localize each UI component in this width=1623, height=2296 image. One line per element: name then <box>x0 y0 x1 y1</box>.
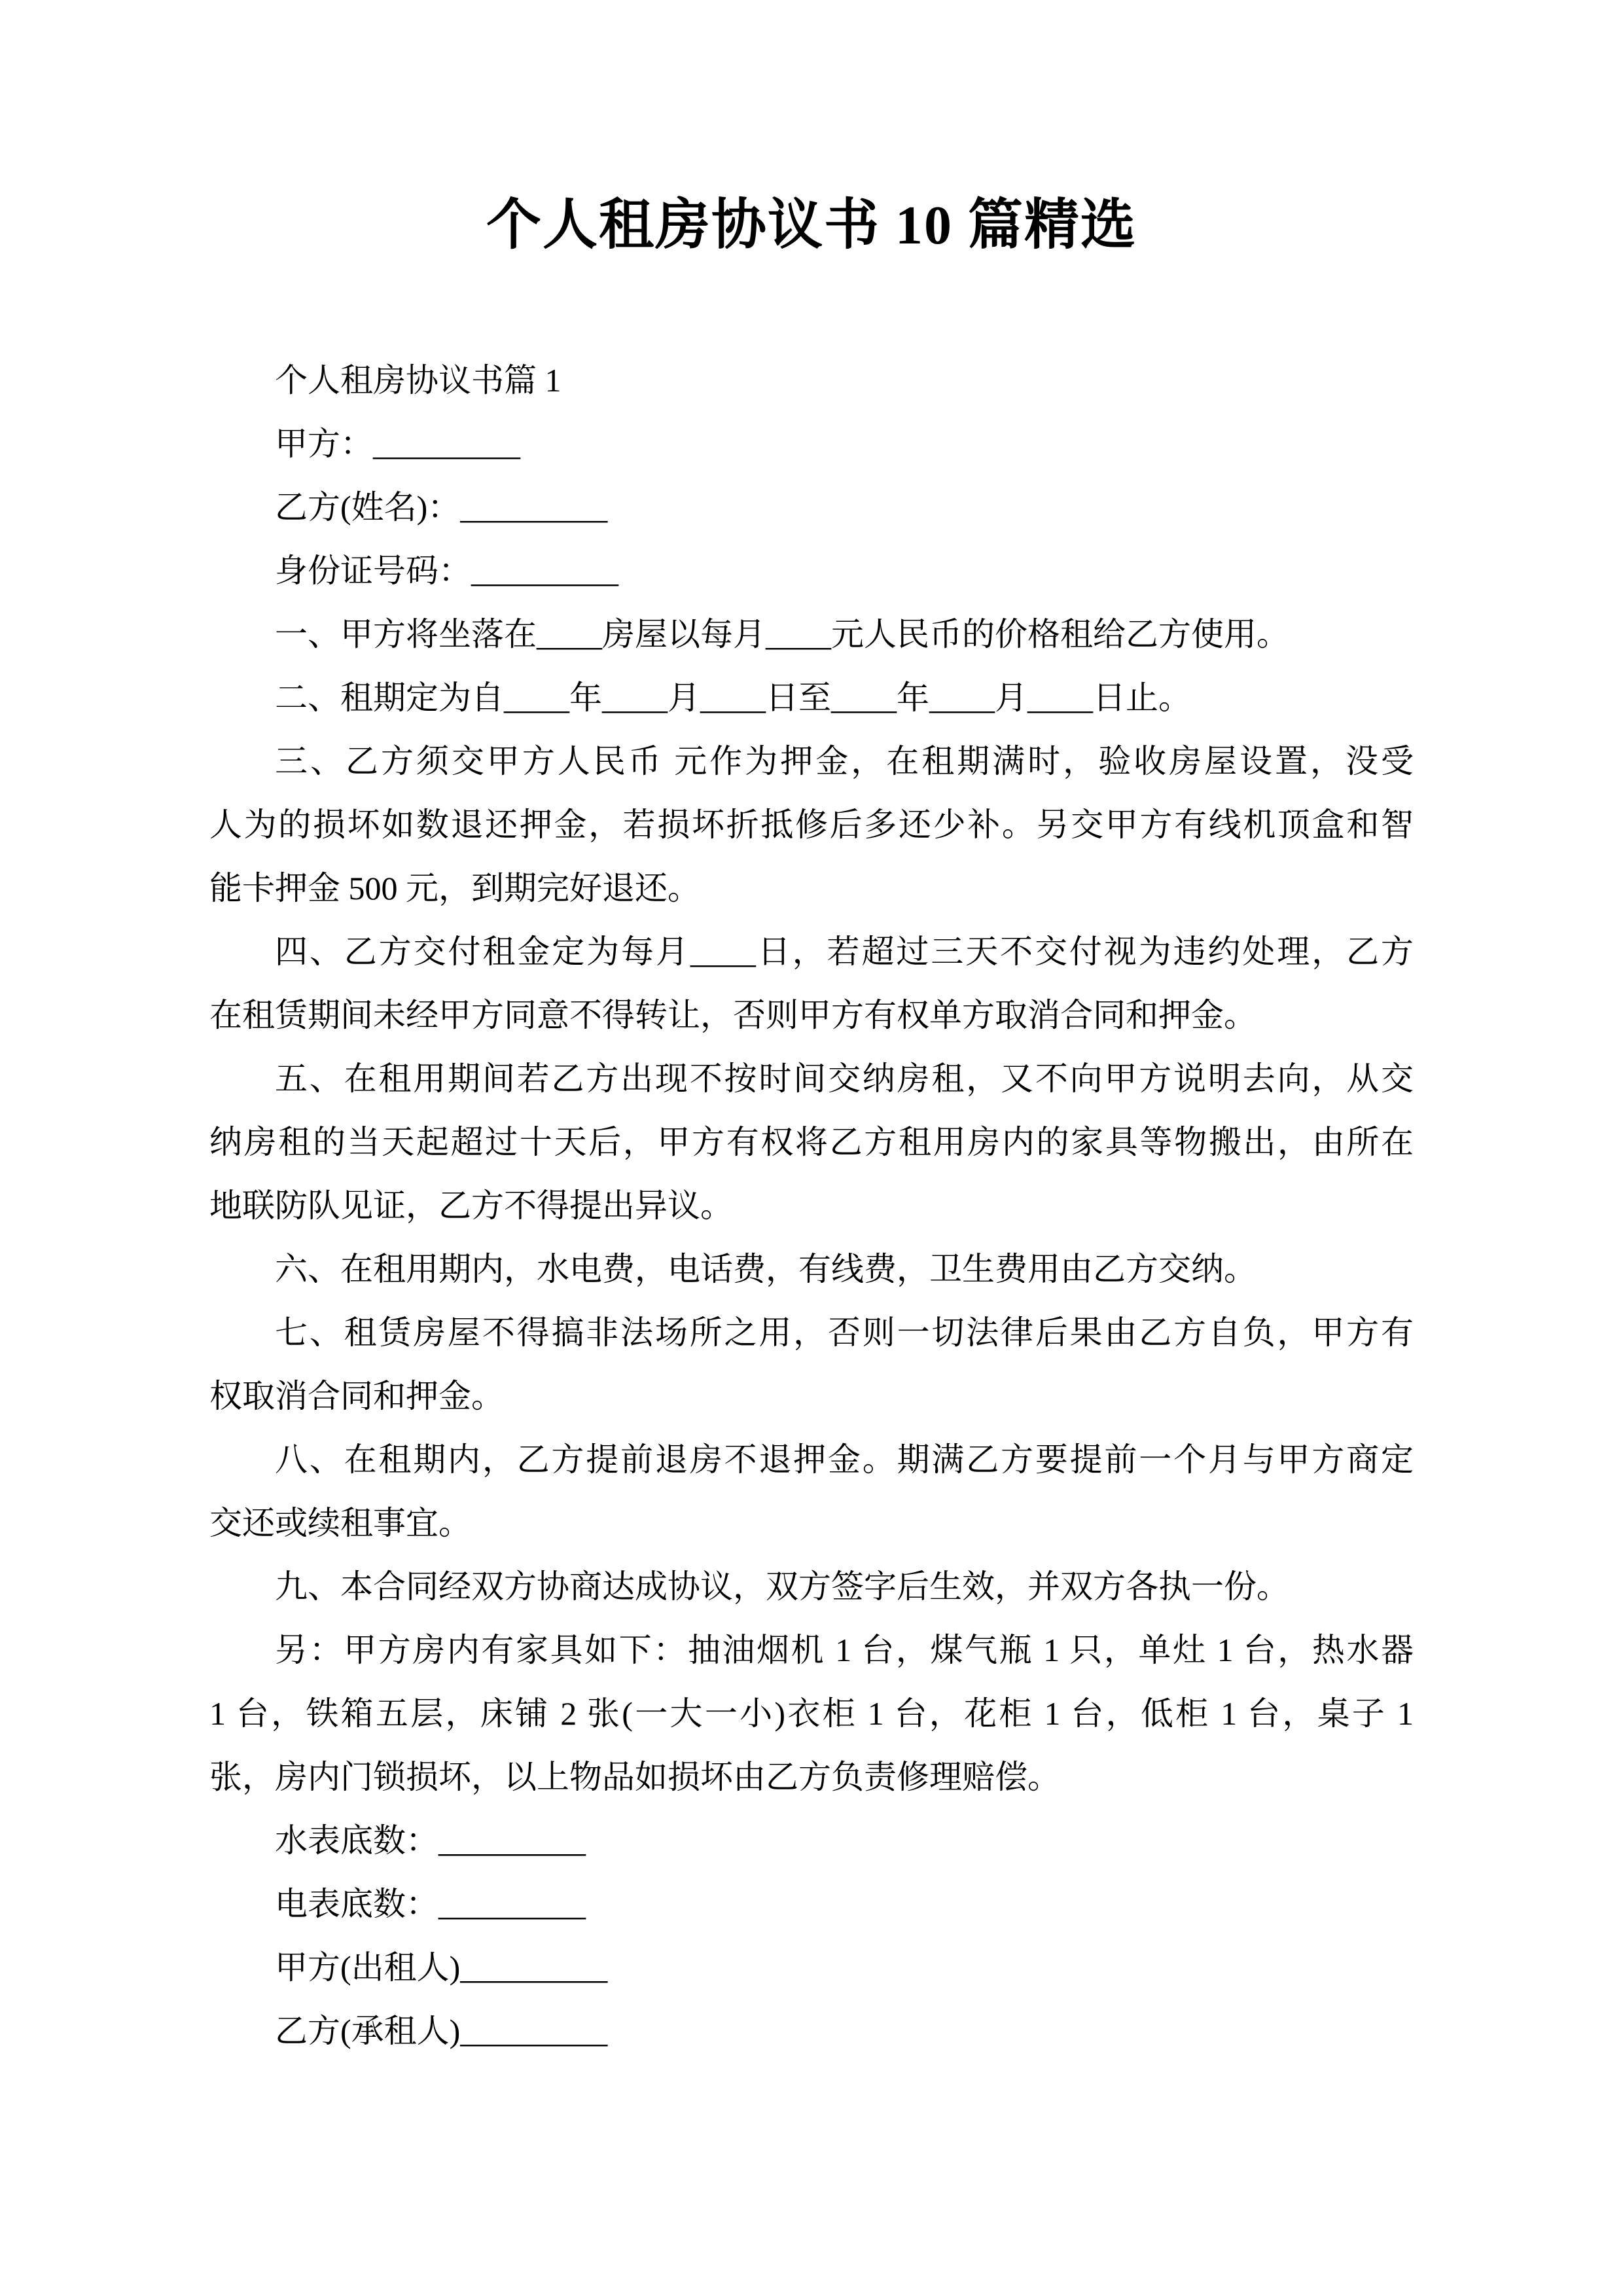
document-title: 个人租房协议书 10 篇精选 <box>0 0 1623 265</box>
document-line: 个人租房协议书篇 1 <box>209 349 1414 412</box>
document-line: 电表底数：_________ <box>209 1873 1414 1936</box>
document-line: 五、在租用期间若乙方出现不按时间交纳房租，又不向甲方说明去向，从交 <box>209 1047 1414 1111</box>
document-line: 1 台，铁箱五层，床铺 2 张(一大一小)衣柜 1 台，花柜 1 台，低柜 1 … <box>209 1682 1414 1746</box>
document-line: 乙方(承租人)_________ <box>209 2000 1414 2063</box>
document-body: 个人租房协议书篇 1甲方：_________乙方(姓名)：_________身份… <box>209 349 1414 2063</box>
document-line: 纳房租的当天起超过十天后，甲方有权将乙方租用房内的家具等物搬出，由所在 <box>209 1111 1414 1174</box>
document-line: 张，房内门锁损坏，以上物品如损坏由乙方负责修理赔偿。 <box>209 1746 1414 1809</box>
document-page: 个人租房协议书 10 篇精选 个人租房协议书篇 1甲方：_________乙方(… <box>0 0 1623 2296</box>
document-line: 一、甲方将坐落在____房屋以每月____元人民币的价格租给乙方使用。 <box>209 603 1414 666</box>
document-line: 身份证号码：_________ <box>209 539 1414 603</box>
document-line: 四、乙方交付租金定为每月____日，若超过三天不交付视为违约处理，乙方 <box>209 920 1414 984</box>
document-line: 权取消合同和押金。 <box>209 1365 1414 1428</box>
document-line: 人为的损坏如数退还押金，若损坏折抵修后多还少补。另交甲方有线机顶盒和智 <box>209 793 1414 857</box>
document-line: 九、本合同经双方协商达成协议，双方签字后生效，并双方各执一份。 <box>209 1555 1414 1619</box>
document-line: 八、在租期内，乙方提前退房不退押金。期满乙方要提前一个月与甲方商定 <box>209 1428 1414 1492</box>
document-line: 七、租赁房屋不得搞非法场所之用，否则一切法律后果由乙方自负，甲方有 <box>209 1301 1414 1365</box>
document-line: 能卡押金 500 元，到期完好退还。 <box>209 857 1414 920</box>
document-line: 交还或续租事宜。 <box>209 1492 1414 1555</box>
document-line: 二、租期定为自____年____月____日至____年____月____日止。 <box>209 666 1414 730</box>
document-line: 甲方(出租人)_________ <box>209 1936 1414 2000</box>
document-line: 地联防队见证，乙方不得提出异议。 <box>209 1174 1414 1238</box>
document-line: 乙方(姓名)：_________ <box>209 476 1414 539</box>
document-line: 三、乙方须交甲方人民币 元作为押金，在租期满时，验收房屋设置，没受 <box>209 730 1414 793</box>
document-line: 在租赁期间未经甲方同意不得转让，否则甲方有权单方取消合同和押金。 <box>209 984 1414 1047</box>
document-line: 另：甲方房内有家具如下：抽油烟机 1 台，煤气瓶 1 只，单灶 1 台，热水器 <box>209 1619 1414 1682</box>
document-line: 水表底数：_________ <box>209 1809 1414 1873</box>
document-line: 六、在租用期内，水电费，电话费，有线费，卫生费用由乙方交纳。 <box>209 1238 1414 1301</box>
document-line: 甲方：_________ <box>209 412 1414 476</box>
